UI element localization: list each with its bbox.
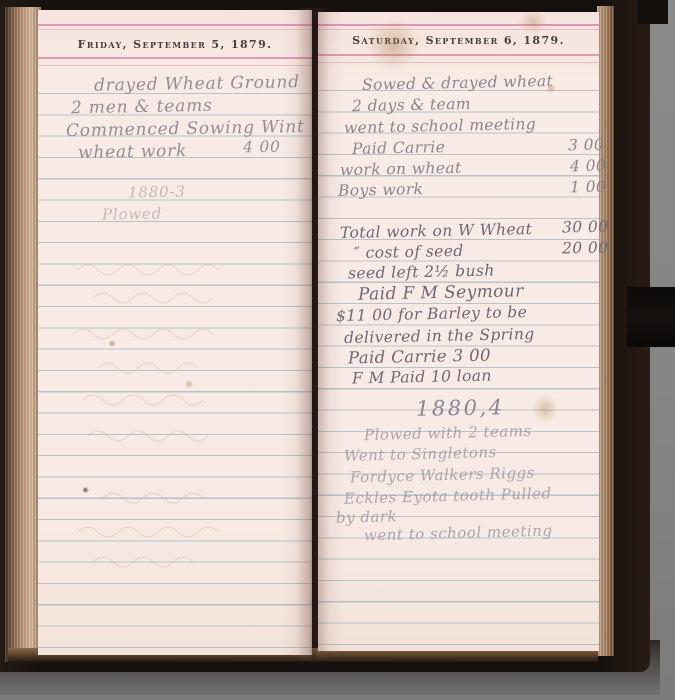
handwriting-line: 2 days & team [352,95,471,115]
handwriting-line: drayed Wheat Ground [94,72,300,96]
pink-rule [38,29,312,30]
handwriting-amount: 30 00 [562,218,609,237]
diary-photo: Friday, September 5, 1879. drayed Wheat … [0,0,675,700]
pink-rule [318,62,599,63]
handwriting-line: Paid F M Seymour [358,281,524,304]
handwriting-amount: 4 00 [570,157,606,176]
pink-rule [38,65,312,66]
handwriting-line: Paid Carrie [352,138,446,158]
handwriting-line: Plowed [102,204,162,223]
pink-rule [318,24,599,26]
stain-spot [108,340,116,347]
stain-spot [518,10,548,34]
handwriting-line: Boys work [338,180,424,200]
diary-cover-corner [638,0,668,24]
handwriting-amount: 20 00 [562,239,609,258]
handwriting-heading: 1880,4 [416,395,505,421]
page-stack-left-edge [5,7,41,662]
stain-spot [82,487,89,493]
handwriting-amount: 1 00 [570,178,606,197]
stain-spot [546,84,556,93]
handwriting-line: wheat work [78,141,187,163]
handwriting-line: by dark [336,507,398,527]
left-page: Friday, September 5, 1879. drayed Wheat … [38,10,312,655]
handwriting-line: 2 men & teams [71,96,213,118]
handwriting-line: F M Paid 10 loan [352,367,492,388]
stain-spot [184,380,194,388]
right-page-date-header: Saturday, September 6, 1879. [318,34,599,47]
pink-rule [38,24,312,26]
pink-rule [38,57,312,59]
handwriting-line: work on wheat [340,159,462,180]
pink-rule [318,54,599,56]
stain-spot [366,20,421,70]
stain-spot [532,394,558,424]
handwriting-line: seed left 2½ bush [348,261,495,282]
right-page: Saturday, September 6, 1879. Sowed & dra… [318,12,599,651]
left-page-date-header: Friday, September 5, 1879. [38,38,312,51]
book-closure-strap [627,287,675,347]
page-stack-right-edge [597,6,614,656]
bleedthrough-ghost-writing [58,250,298,580]
handwriting-amount: 4 00 [243,138,281,157]
book-gutter-shadow [296,8,330,660]
handwriting-line: Paid Carrie 3 00 [348,346,491,368]
handwriting-line: ″ cost of seed [354,242,464,262]
pink-rule [318,29,599,30]
handwriting-amount: 3 00 [568,136,604,155]
handwriting-line: 1880-3 [128,182,186,201]
